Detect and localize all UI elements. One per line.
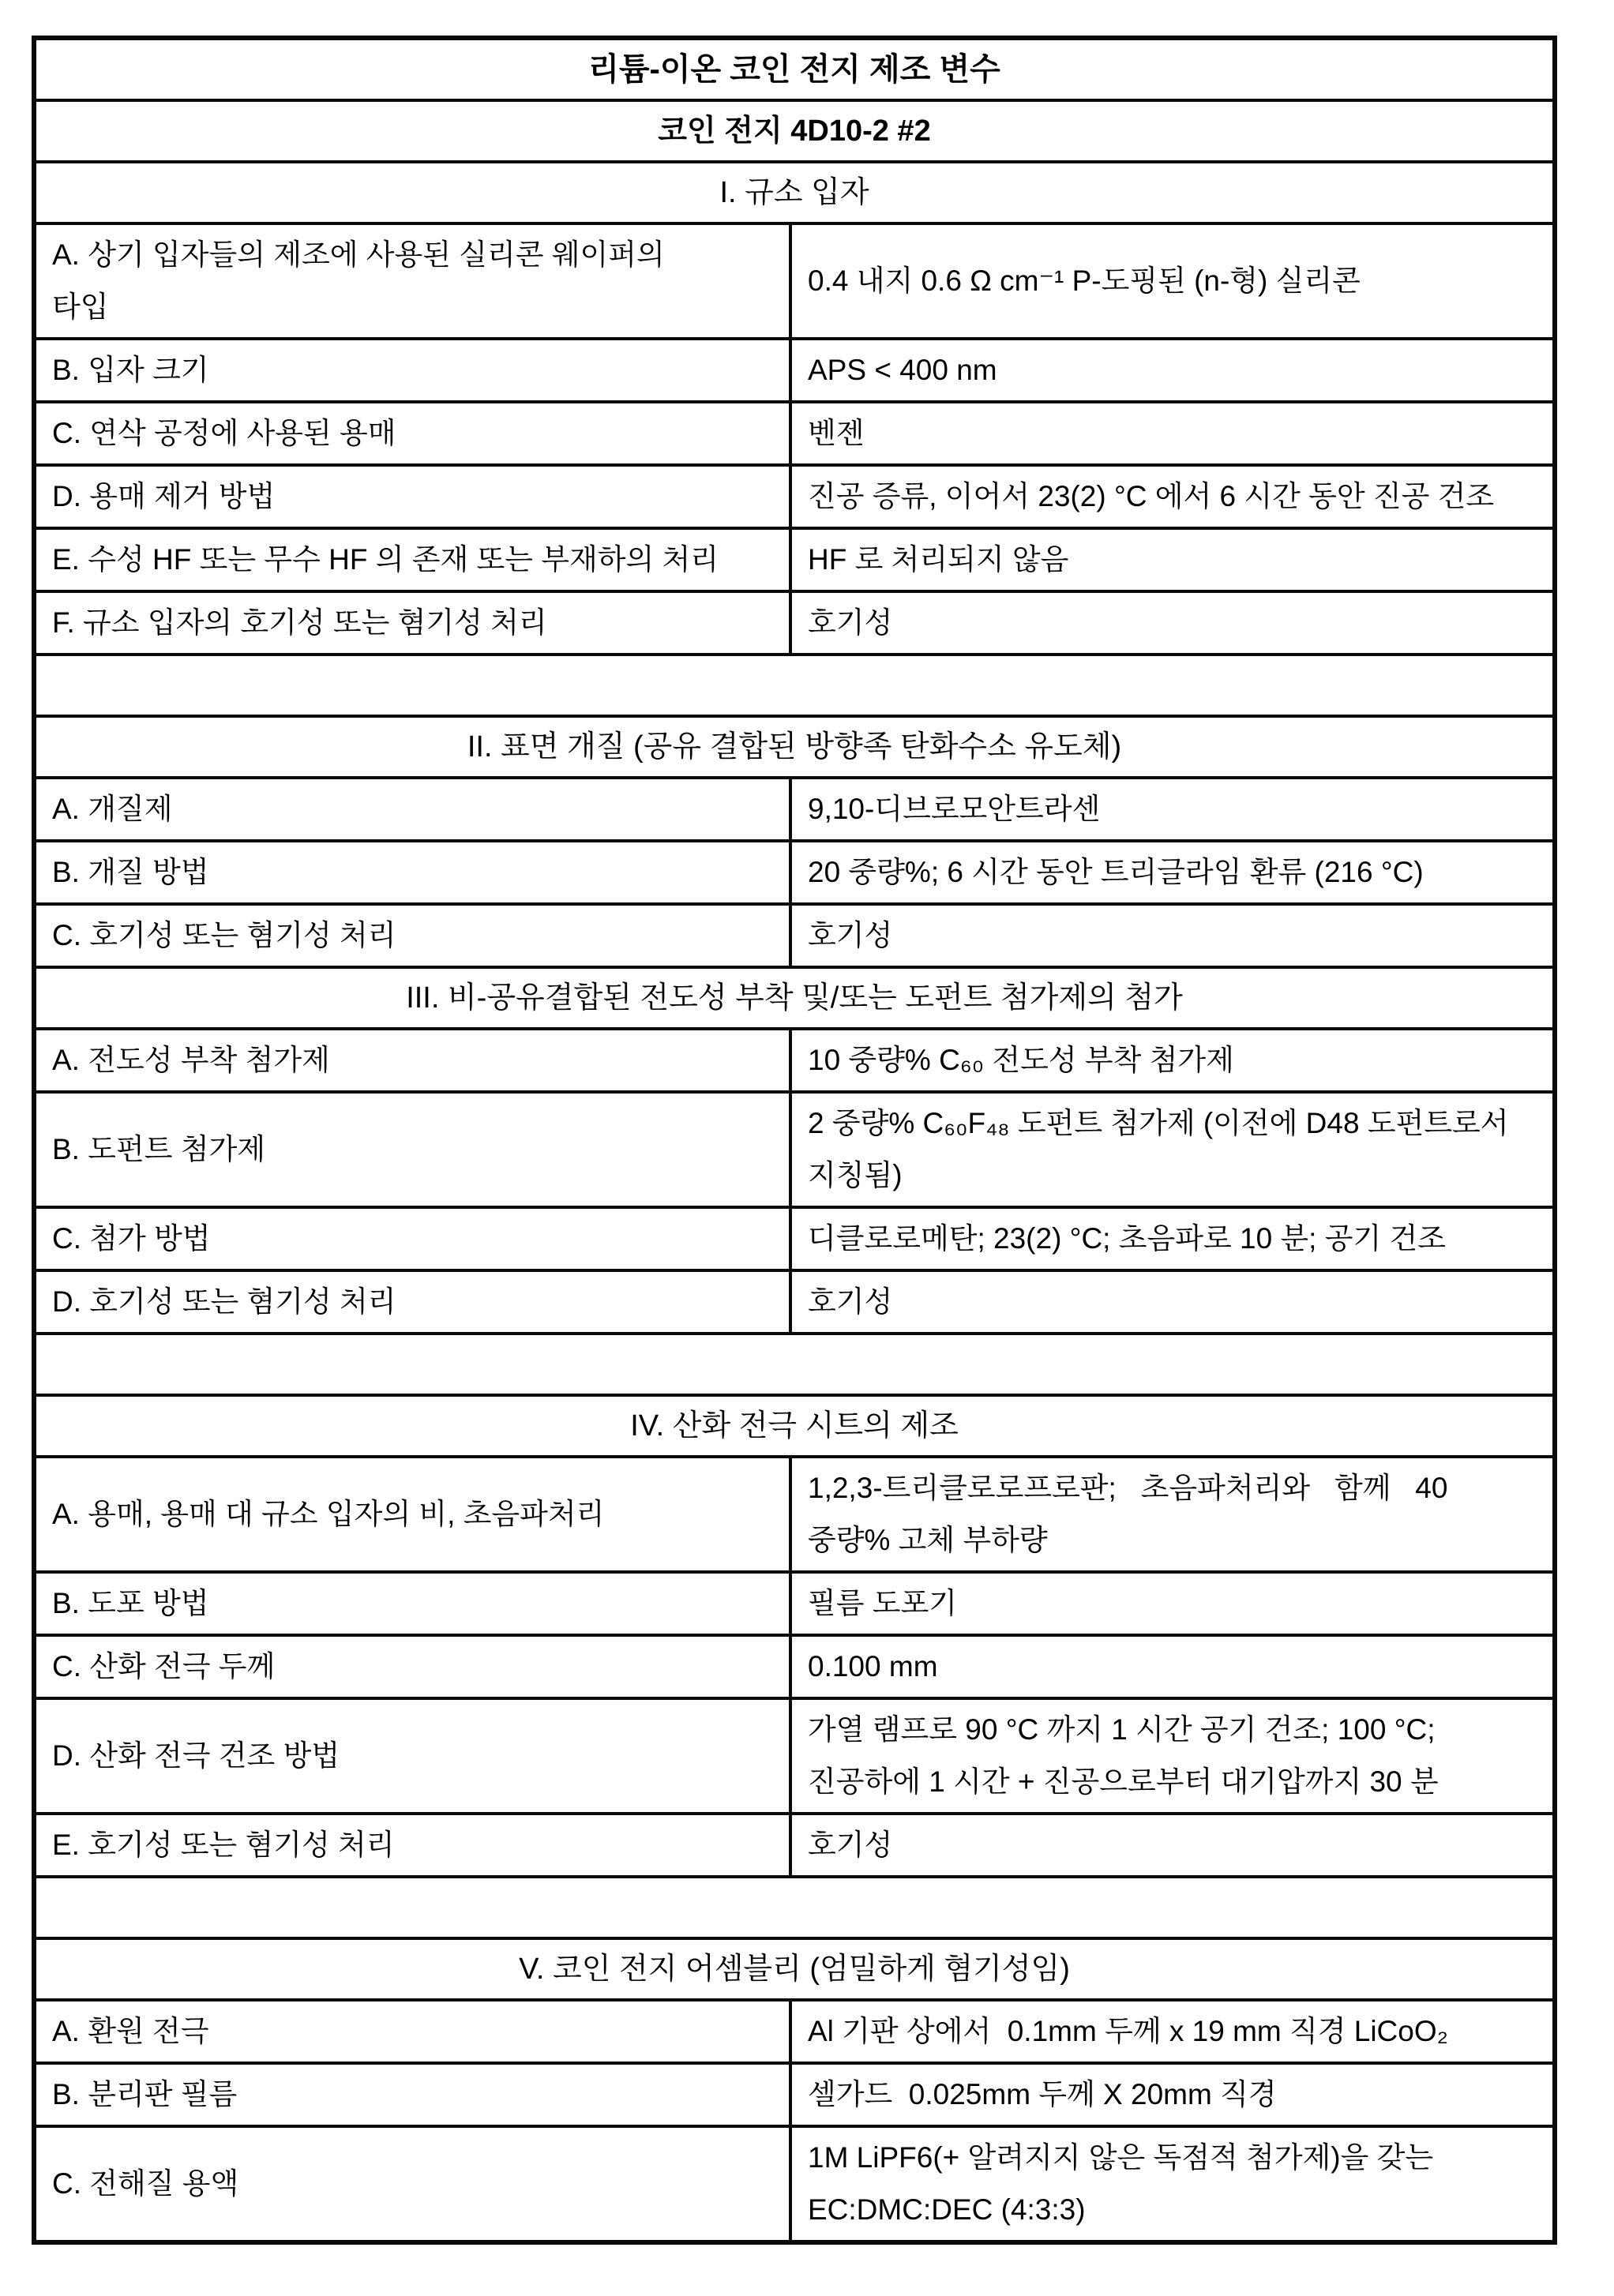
- table-row: C. 첨가 방법디클로로메탄; 23(2) °C; 초음파로 10 분; 공기 …: [34, 1207, 1555, 1270]
- param-label-cell: C. 호기성 또는 혐기성 처리: [34, 904, 790, 967]
- spacer-row: [34, 1877, 1555, 1938]
- param-label-cell: B. 도포 방법: [34, 1572, 790, 1635]
- table-row: E. 수성 HF 또는 무수 HF 의 존재 또는 부재하의 처리HF 로 처리…: [34, 528, 1555, 591]
- param-label-cell: C. 산화 전극 두께: [34, 1635, 790, 1698]
- table-row: B. 도포 방법필름 도포기: [34, 1572, 1555, 1635]
- param-value-cell: 1M LiPF6(+ 알려지지 않은 독점적 첨가제)을 갖는 EC:DMC:D…: [790, 2126, 1555, 2242]
- param-label-cell: B. 도펀트 첨가제: [34, 1092, 790, 1207]
- param-value-cell: 디클로로메탄; 23(2) °C; 초음파로 10 분; 공기 건조: [790, 1207, 1555, 1270]
- table-row: F. 규소 입자의 호기성 또는 혐기성 처리호기성: [34, 591, 1555, 655]
- table-row: A. 상기 입자들의 제조에 사용된 실리콘 웨이퍼의 타입0.4 내지 0.6…: [34, 223, 1555, 339]
- table-row: B. 분리판 필름셀가드 0.025mm 두께 X 20mm 직경: [34, 2063, 1555, 2126]
- table-row: A. 용매, 용매 대 규소 입자의 비, 초음파처리1,2,3-트리클로로프로…: [34, 1457, 1555, 1572]
- param-value-cell: APS < 400 nm: [790, 339, 1555, 402]
- param-label-cell: A. 환원 전극: [34, 2000, 790, 2063]
- param-label-cell: E. 수성 HF 또는 무수 HF 의 존재 또는 부재하의 처리: [34, 528, 790, 591]
- param-value-cell: 0.4 내지 0.6 Ω cm⁻¹ P-도핑된 (n-형) 실리콘: [790, 223, 1555, 339]
- section-heading-row: I. 규소 입자: [34, 162, 1555, 223]
- param-label-cell: A. 전도성 부착 첨가제: [34, 1029, 790, 1092]
- section-heading-V: V. 코인 전지 어셈블리 (엄밀하게 혐기성임): [34, 1938, 1555, 2000]
- param-value-cell: 벤젠: [790, 402, 1555, 465]
- param-value-cell: 0.100 mm: [790, 1635, 1555, 1698]
- param-value-cell: Al 기판 상에서 0.1mm 두께 x 19 mm 직경 LiCoO₂: [790, 2000, 1555, 2063]
- table-row: C. 산화 전극 두께0.100 mm: [34, 1635, 1555, 1698]
- table-row: C. 전해질 용액1M LiPF6(+ 알려지지 않은 독점적 첨가제)을 갖는…: [34, 2126, 1555, 2242]
- param-label-cell: B. 분리판 필름: [34, 2063, 790, 2126]
- param-label-cell: A. 개질제: [34, 778, 790, 841]
- table-row: D. 호기성 또는 혐기성 처리호기성: [34, 1270, 1555, 1334]
- document-subtitle: 코인 전지 4D10-2 #2: [34, 100, 1555, 162]
- document-title: 리튬-이온 코인 전지 제조 변수: [34, 38, 1555, 100]
- document-title-row: 리튬-이온 코인 전지 제조 변수: [34, 38, 1555, 100]
- battery-manufacturing-params-table: 리튬-이온 코인 전지 제조 변수코인 전지 4D10-2 #2I. 규소 입자…: [32, 36, 1557, 2245]
- table-row: A. 전도성 부착 첨가제10 중량% C₆₀ 전도성 부착 첨가제: [34, 1029, 1555, 1092]
- table-row: B. 입자 크기APS < 400 nm: [34, 339, 1555, 402]
- section-heading-I: I. 규소 입자: [34, 162, 1555, 223]
- table-row: C. 연삭 공정에 사용된 용매벤젠: [34, 402, 1555, 465]
- param-label-cell: D. 용매 제거 방법: [34, 465, 790, 528]
- section-heading-row: II. 표면 개질 (공유 결합된 방향족 탄화수소 유도체): [34, 716, 1555, 778]
- param-value-cell: 9,10-디브로모안트라센: [790, 778, 1555, 841]
- param-value-cell: 1,2,3-트리클로로프로판; 초음파처리와 함께 40 중량% 고체 부하량: [790, 1457, 1555, 1572]
- scanned-document-page: 리튬-이온 코인 전지 제조 변수코인 전지 4D10-2 #2I. 규소 입자…: [0, 0, 1614, 2296]
- table-row: D. 산화 전극 건조 방법가열 램프로 90 °C 까지 1 시간 공기 건조…: [34, 1698, 1555, 1814]
- table-body: 리튬-이온 코인 전지 제조 변수코인 전지 4D10-2 #2I. 규소 입자…: [34, 38, 1555, 2242]
- param-label-cell: D. 호기성 또는 혐기성 처리: [34, 1270, 790, 1334]
- param-label-cell: B. 입자 크기: [34, 339, 790, 402]
- param-value-cell: 호기성: [790, 1270, 1555, 1334]
- param-value-cell: HF 로 처리되지 않음: [790, 528, 1555, 591]
- spacer-row: [34, 1334, 1555, 1395]
- table-row: A. 환원 전극Al 기판 상에서 0.1mm 두께 x 19 mm 직경 Li…: [34, 2000, 1555, 2063]
- param-value-cell: 20 중량%; 6 시간 동안 트리글라임 환류 (216 °C): [790, 841, 1555, 904]
- param-value-cell: 필름 도포기: [790, 1572, 1555, 1635]
- param-label-cell: F. 규소 입자의 호기성 또는 혐기성 처리: [34, 591, 790, 655]
- spacer-cell: [34, 655, 1555, 716]
- param-label-cell: C. 첨가 방법: [34, 1207, 790, 1270]
- param-label-cell: A. 상기 입자들의 제조에 사용된 실리콘 웨이퍼의 타입: [34, 223, 790, 339]
- param-label-cell: E. 호기성 또는 혐기성 처리: [34, 1814, 790, 1877]
- param-label-cell: A. 용매, 용매 대 규소 입자의 비, 초음파처리: [34, 1457, 790, 1572]
- section-heading-row: IV. 산화 전극 시트의 제조: [34, 1395, 1555, 1457]
- spacer-cell: [34, 1334, 1555, 1395]
- param-value-cell: 진공 증류, 이어서 23(2) °C 에서 6 시간 동안 진공 건조: [790, 465, 1555, 528]
- table-row: D. 용매 제거 방법진공 증류, 이어서 23(2) °C 에서 6 시간 동…: [34, 465, 1555, 528]
- table-row: E. 호기성 또는 혐기성 처리호기성: [34, 1814, 1555, 1877]
- param-label-cell: C. 연삭 공정에 사용된 용매: [34, 402, 790, 465]
- param-label-cell: D. 산화 전극 건조 방법: [34, 1698, 790, 1814]
- section-heading-row: V. 코인 전지 어셈블리 (엄밀하게 혐기성임): [34, 1938, 1555, 2000]
- cell-id-row: 코인 전지 4D10-2 #2: [34, 100, 1555, 162]
- param-value-cell: 호기성: [790, 591, 1555, 655]
- param-label-cell: B. 개질 방법: [34, 841, 790, 904]
- section-heading-IV: IV. 산화 전극 시트의 제조: [34, 1395, 1555, 1457]
- table-row: C. 호기성 또는 혐기성 처리호기성: [34, 904, 1555, 967]
- section-heading-row: III. 비-공유결합된 전도성 부착 및/또는 도펀트 첨가제의 첨가: [34, 967, 1555, 1029]
- param-label-cell: C. 전해질 용액: [34, 2126, 790, 2242]
- param-value-cell: 10 중량% C₆₀ 전도성 부착 첨가제: [790, 1029, 1555, 1092]
- param-value-cell: 가열 램프로 90 °C 까지 1 시간 공기 건조; 100 °C; 진공하에…: [790, 1698, 1555, 1814]
- section-heading-II: II. 표면 개질 (공유 결합된 방향족 탄화수소 유도체): [34, 716, 1555, 778]
- param-value-cell: 호기성: [790, 1814, 1555, 1877]
- spacer-cell: [34, 1877, 1555, 1938]
- table-row: B. 도펀트 첨가제2 중량% C₆₀F₄₈ 도펀트 첨가제 (이전에 D48 …: [34, 1092, 1555, 1207]
- param-value-cell: 2 중량% C₆₀F₄₈ 도펀트 첨가제 (이전에 D48 도펀트로서 지칭됨): [790, 1092, 1555, 1207]
- param-value-cell: 호기성: [790, 904, 1555, 967]
- spacer-row: [34, 655, 1555, 716]
- table-row: B. 개질 방법20 중량%; 6 시간 동안 트리글라임 환류 (216 °C…: [34, 841, 1555, 904]
- section-heading-III: III. 비-공유결합된 전도성 부착 및/또는 도펀트 첨가제의 첨가: [34, 967, 1555, 1029]
- table-row: A. 개질제9,10-디브로모안트라센: [34, 778, 1555, 841]
- param-value-cell: 셀가드 0.025mm 두께 X 20mm 직경: [790, 2063, 1555, 2126]
